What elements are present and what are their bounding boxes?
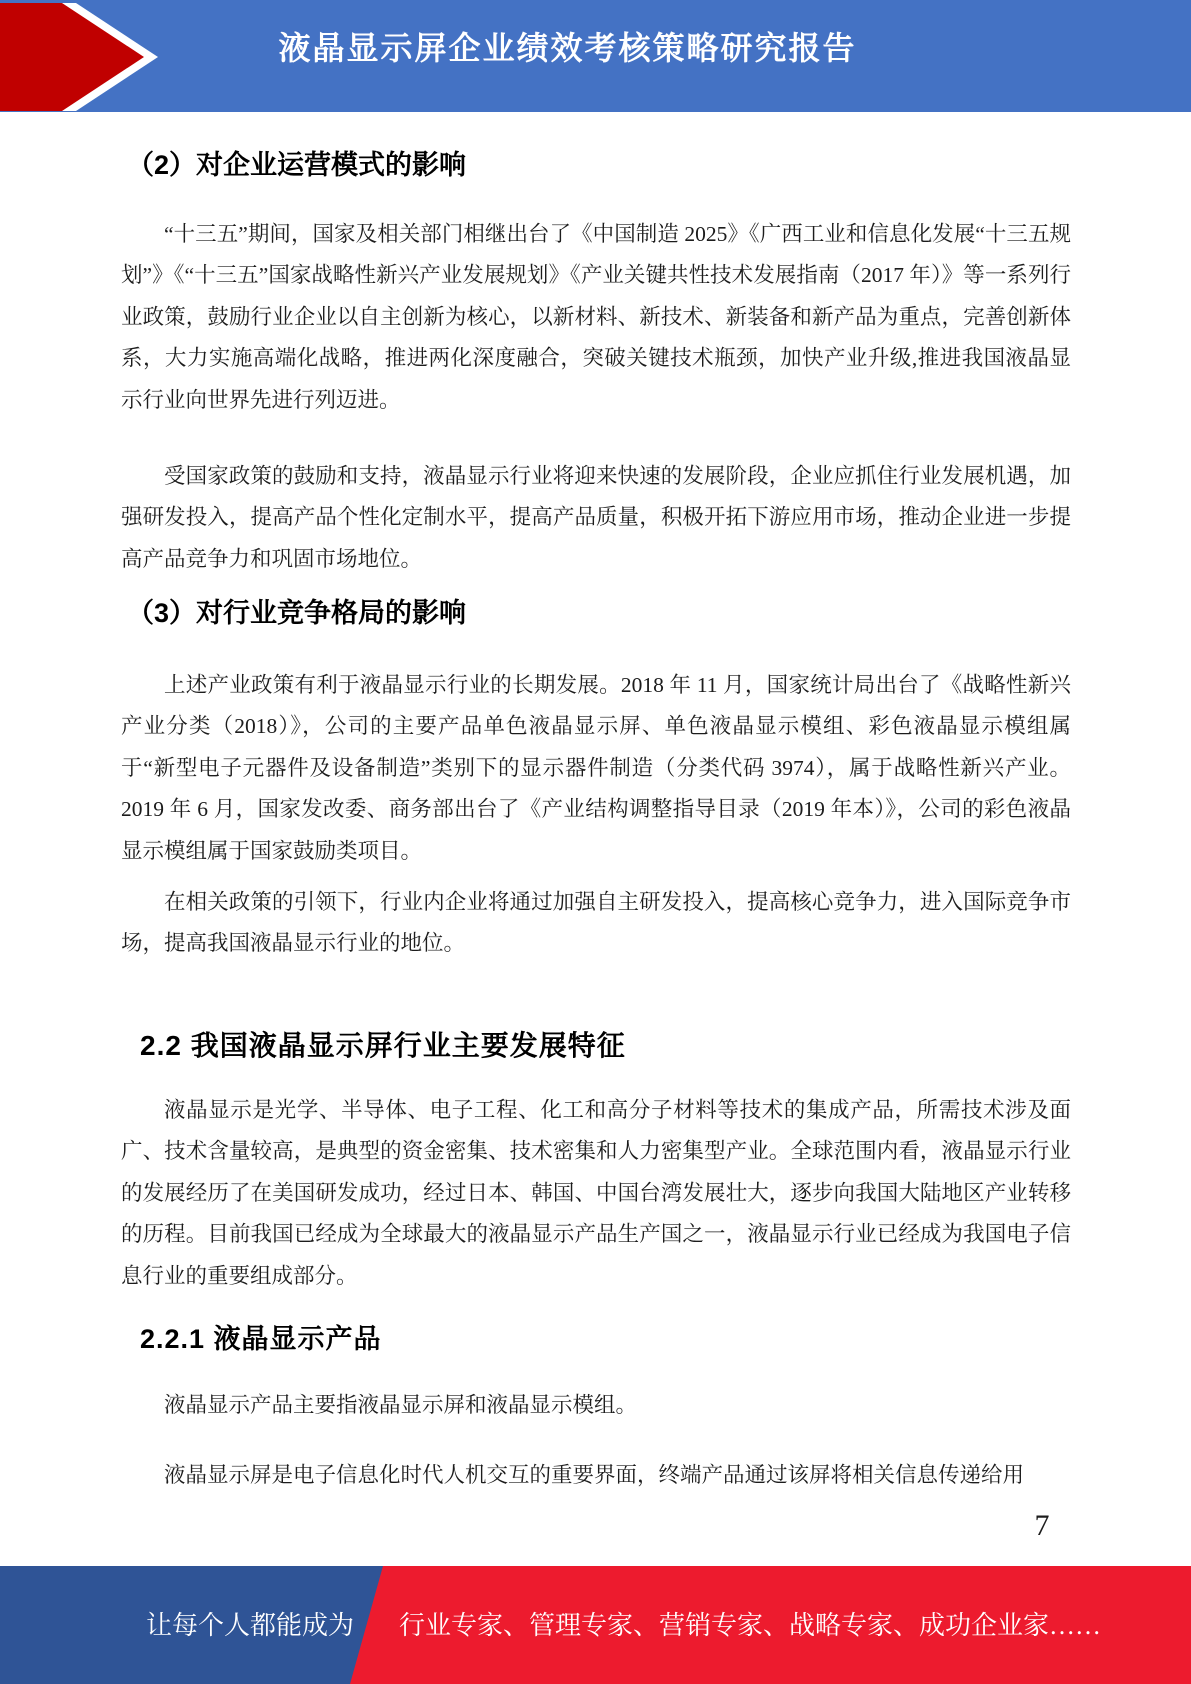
section-heading-3: （3）对行业竞争格局的影响 — [127, 597, 1077, 631]
footer-slogan-left: 让每个人都能成为 — [146, 1613, 354, 1639]
paragraph-guidance: 在相关政策的引领下，行业内企业将通过加强自主研发投入，提高核心竞争力，进入国际竞… — [121, 882, 1071, 965]
paragraph-longterm: 上述产业政策有利于液晶显示行业的长期发展。2018 年 11 月，国家统计局出台… — [121, 665, 1071, 873]
paragraph-screen: 液晶显示屏是电子信息化时代人机交互的重要界面，终端产品通过该屏将相关信息传递给用 — [121, 1455, 1071, 1497]
page-footer: 让每个人都能成为 行业专家、管理专家、营销专家、战略专家、成功企业家…… — [0, 1566, 1191, 1684]
page-number: 7 — [1020, 1508, 1064, 1544]
paragraph-products: 液晶显示产品主要指液晶显示屏和液晶显示模组。 — [121, 1385, 1071, 1427]
section-heading-2-2: 2.2 我国液晶显示屏行业主要发展特征 — [140, 1028, 1090, 1063]
section-heading-2: （2）对企业运营模式的影响 — [127, 149, 1077, 183]
paragraph-policy: “十三五”期间，国家及相关部门相继出台了《中国制造 2025》《广西工业和信息化… — [121, 214, 1071, 422]
paragraph-encourage: 受国家政策的鼓励和支持，液晶显示行业将迎来快速的发展阶段，企业应抓住行业发展机遇… — [121, 456, 1071, 581]
report-header-banner: 液晶显示屏企业绩效考核策略研究报告 — [0, 0, 1191, 112]
footer-slogan-right: 行业专家、管理专家、营销专家、战略专家、成功企业家…… — [399, 1612, 1101, 1639]
document-page: 液晶显示屏企业绩效考核策略研究报告 （2）对企业运营模式的影响 “十三五”期间，… — [0, 0, 1191, 1684]
paragraph-overview: 液晶显示是光学、半导体、电子工程、化工和高分子材料等技术的集成产品，所需技术涉及… — [121, 1090, 1071, 1298]
report-title: 液晶显示屏企业绩效考核策略研究报告 — [0, 26, 1191, 70]
section-heading-2-2-1: 2.2.1 液晶显示产品 — [140, 1323, 1090, 1357]
